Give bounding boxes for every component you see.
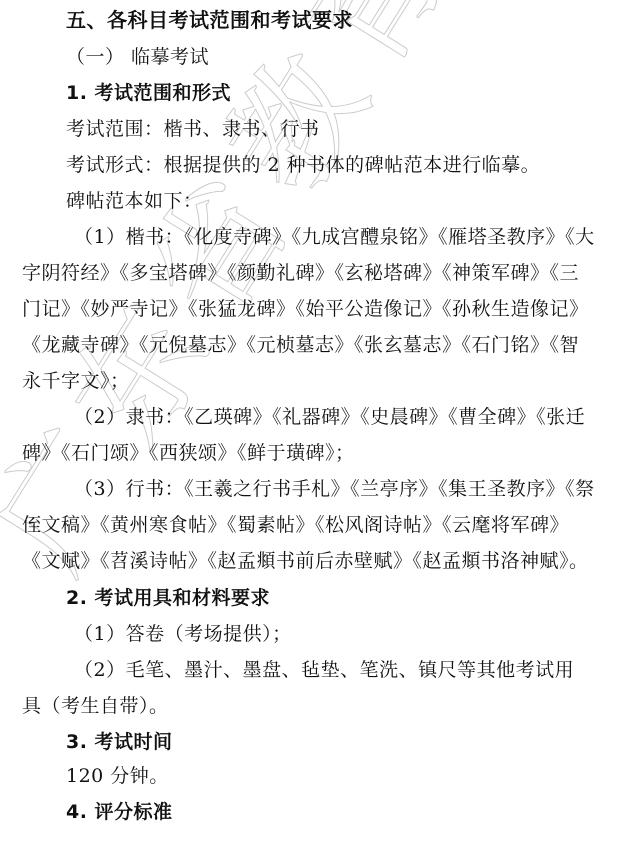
- kaishu-line: （1）楷书：《化度寺碑》《九成宫醴泉铭》《雁塔圣教序》《大: [0, 219, 639, 255]
- lishu-line: （2）隶书：《乙瑛碑》《礼器碑》《史晨碑》《曹全碑》《张迁: [0, 399, 639, 435]
- copybook-intro: 碑帖范本如下：: [0, 183, 639, 219]
- tools-self-bring-cont: 具（考生自带）。: [0, 688, 639, 724]
- document-page: 广东省教育考试院 五、各科目考试范围和考试要求 （一） 临摹考试 1. 考试范围…: [0, 0, 639, 842]
- lishu-line: 碑》《石门颂》《西狭颂》《鲜于璜碑》；: [0, 435, 639, 471]
- xingshu-line: （3）行书：《王羲之行书手札》《兰亭序》《集王圣教序》《祭: [0, 471, 639, 507]
- kaishu-line: 门记》《妙严寺记》《张猛龙碑》《始平公造像记》《孙秋生造像记》: [0, 291, 639, 327]
- xingshu-line: 侄文稿》《黄州寒食帖》《蜀素帖》《松风阁诗帖》《云麾将军碑》: [0, 507, 639, 543]
- exam-time-value: 120 分钟。: [0, 758, 639, 794]
- heading-scoring: 4. 评分标准: [0, 794, 639, 830]
- subsection-title: （一） 临摹考试: [0, 39, 639, 75]
- tools-answer-sheet: （1）答卷（考场提供）；: [0, 616, 639, 652]
- section-title: 五、各科目考试范围和考试要求: [0, 2, 639, 38]
- exam-scope: 考试范围：楷书、隶书、行书: [0, 111, 639, 147]
- exam-format: 考试形式：根据提供的 2 种书体的碑帖范本进行临摹。: [0, 147, 639, 183]
- kaishu-line: 永千字文》；: [0, 363, 639, 399]
- kaishu-line: 字阴符经》《多宝塔碑》《颜勤礼碑》《玄秘塔碑》《神策军碑》《三: [0, 255, 639, 291]
- heading-tools: 2. 考试用具和材料要求: [0, 580, 639, 616]
- heading-exam-time: 3. 考试时间: [0, 724, 639, 760]
- kaishu-line: 《龙藏寺碑》《元倪墓志》《元桢墓志》《张玄墓志》《石门铭》《智: [0, 327, 639, 363]
- heading-scope-format: 1. 考试范围和形式: [0, 75, 639, 111]
- xingshu-line: 《文赋》《苕溪诗帖》《赵孟頫书前后赤壁赋》《赵孟頫书洛神赋》。: [0, 543, 639, 579]
- tools-self-bring: （2）毛笔、墨汁、墨盘、毡垫、笔洗、镇尺等其他考试用: [0, 652, 639, 688]
